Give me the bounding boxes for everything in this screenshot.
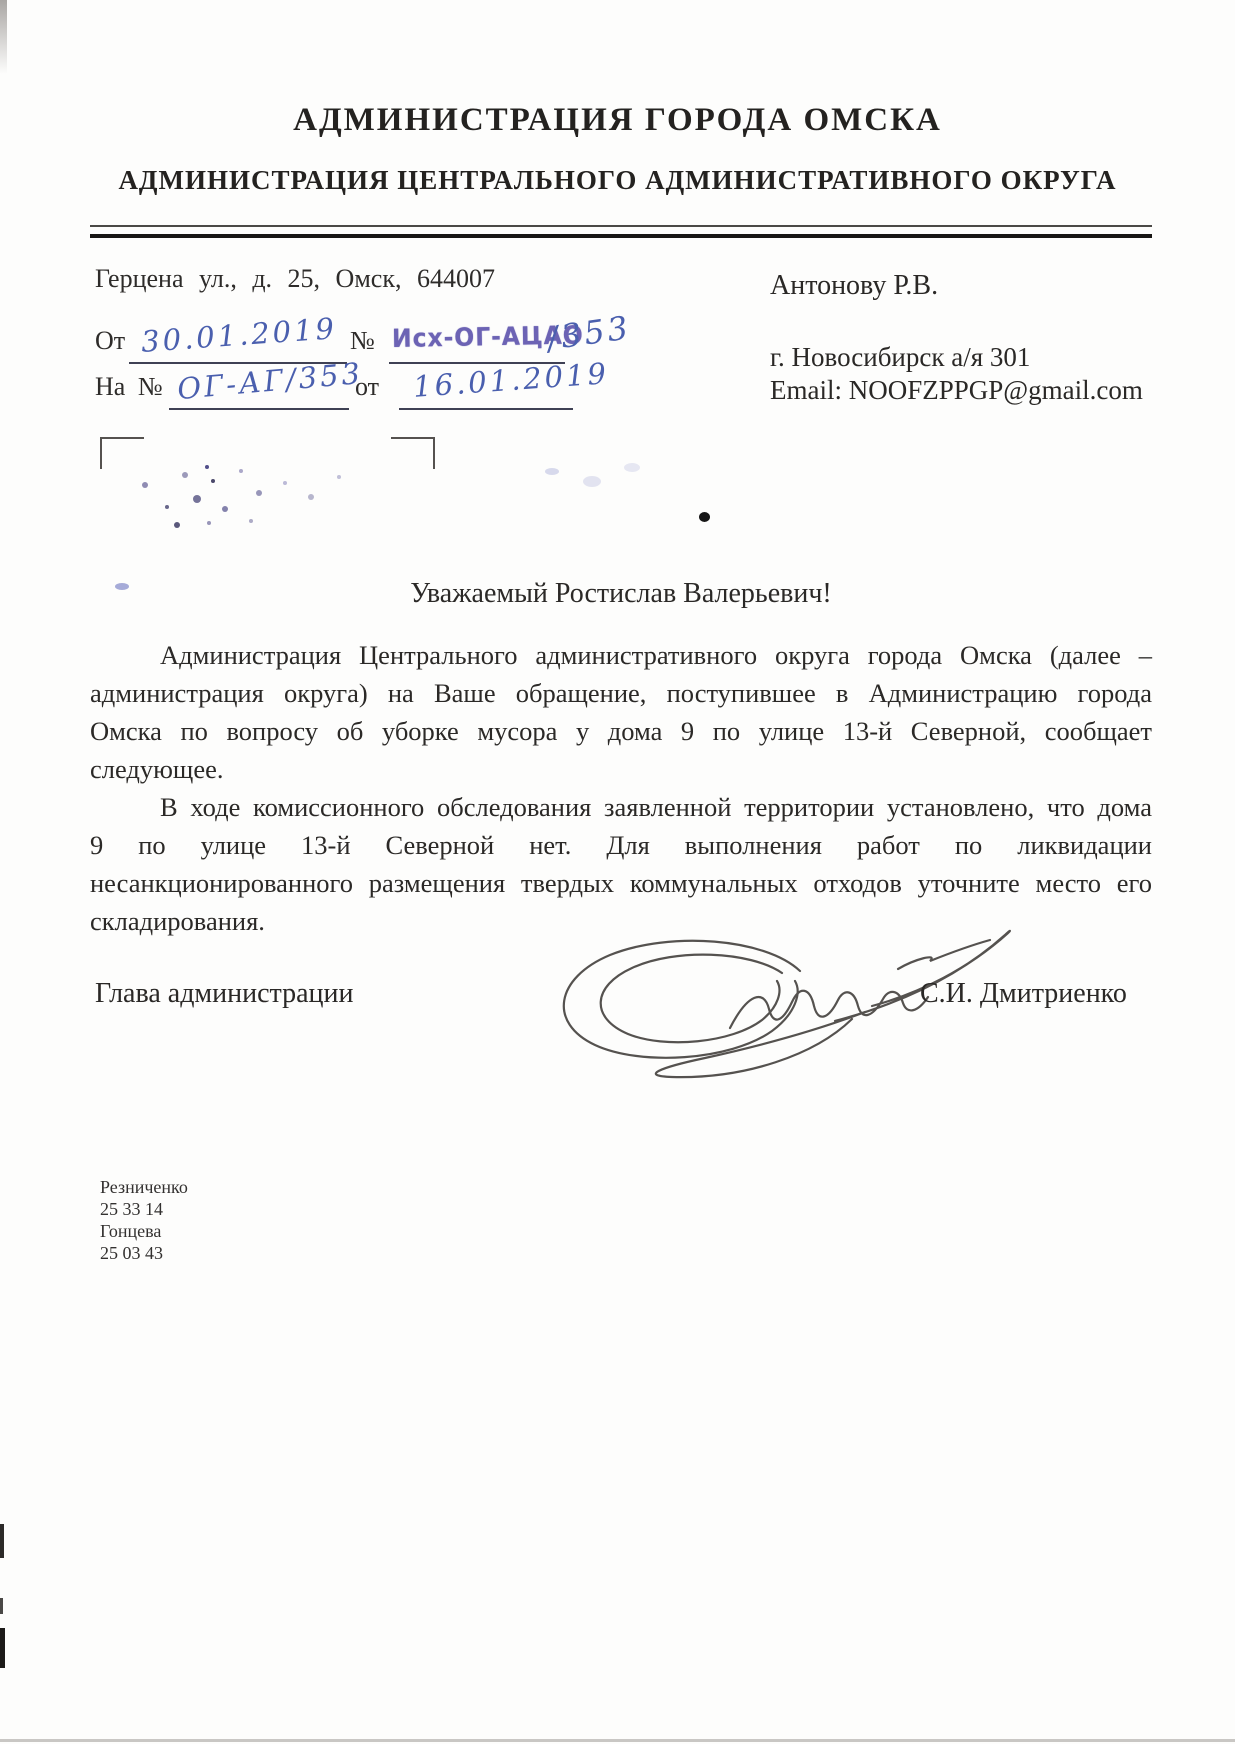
recipient-name: Антонову Р.В. [770, 270, 938, 302]
from-label: От [95, 326, 125, 356]
reply-from-label: от [355, 372, 379, 402]
body-paragraph-1: Администрация Центрального административ… [90, 636, 1152, 788]
crop-mark-right [391, 437, 435, 469]
ink-smudge-cluster [205, 465, 209, 469]
letterhead-rule-thick [90, 234, 1152, 238]
reply-number-underline [169, 408, 349, 410]
executor-2-phone: 25 03 43 [100, 1242, 188, 1264]
executor-1-phone: 25 33 14 [100, 1198, 188, 1220]
signer-title: Глава администрации [95, 978, 354, 1010]
executor-1-name: Резниченко [100, 1176, 188, 1198]
outgoing-number-handwritten: /353 [545, 308, 633, 357]
ink-smudge-faint [545, 468, 559, 475]
scan-edge-artifact-2 [0, 1598, 3, 1614]
scan-edge-artifact-1 [0, 1524, 4, 1558]
sender-address: Герцена ул., д. 25, Омск, 644007 [95, 264, 495, 294]
recipient-address: г. Новосибирск а/я 301 [770, 342, 1030, 373]
salutation: Уважаемый Ростислав Валерьевич! [90, 578, 1152, 610]
crop-mark-left [100, 437, 144, 469]
org-name-primary: АДМИНИСТРАЦИЯ ГОРОДА ОМСКА [0, 102, 1235, 139]
org-name-secondary: АДМИНИСТРАЦИЯ ЦЕНТРАЛЬНОГО АДМИНИСТРАТИВ… [0, 165, 1235, 196]
scanned-letter-page: АДМИНИСТРАЦИЯ ГОРОДА ОМСКА АДМИНИСТРАЦИЯ… [0, 0, 1235, 1744]
outgoing-date-handwritten: 30.01.2019 [140, 311, 338, 359]
ink-dot [699, 512, 710, 522]
reply-date-underline [399, 408, 573, 410]
signer-name: С.И. Дмитриенко [920, 978, 1127, 1010]
executor-2-name: Гонцева [100, 1220, 188, 1242]
reply-ref-label: На № [95, 372, 163, 402]
scan-edge-artifact-3 [0, 1628, 5, 1668]
letterhead-rule-thin [90, 225, 1152, 227]
scan-edge-artifact-bottom [0, 1739, 1235, 1742]
reply-reference-line: На № ОГ-АГ/353 от 16.01.2019 [95, 368, 675, 414]
scan-edge-artifact-top [0, 0, 7, 74]
executor-contacts: Резниченко 25 33 14 Гонцева 25 03 43 [100, 1176, 188, 1264]
recipient-email: Email: NOOFZPPGP@gmail.com [770, 375, 1143, 406]
number-label: № [350, 326, 375, 356]
